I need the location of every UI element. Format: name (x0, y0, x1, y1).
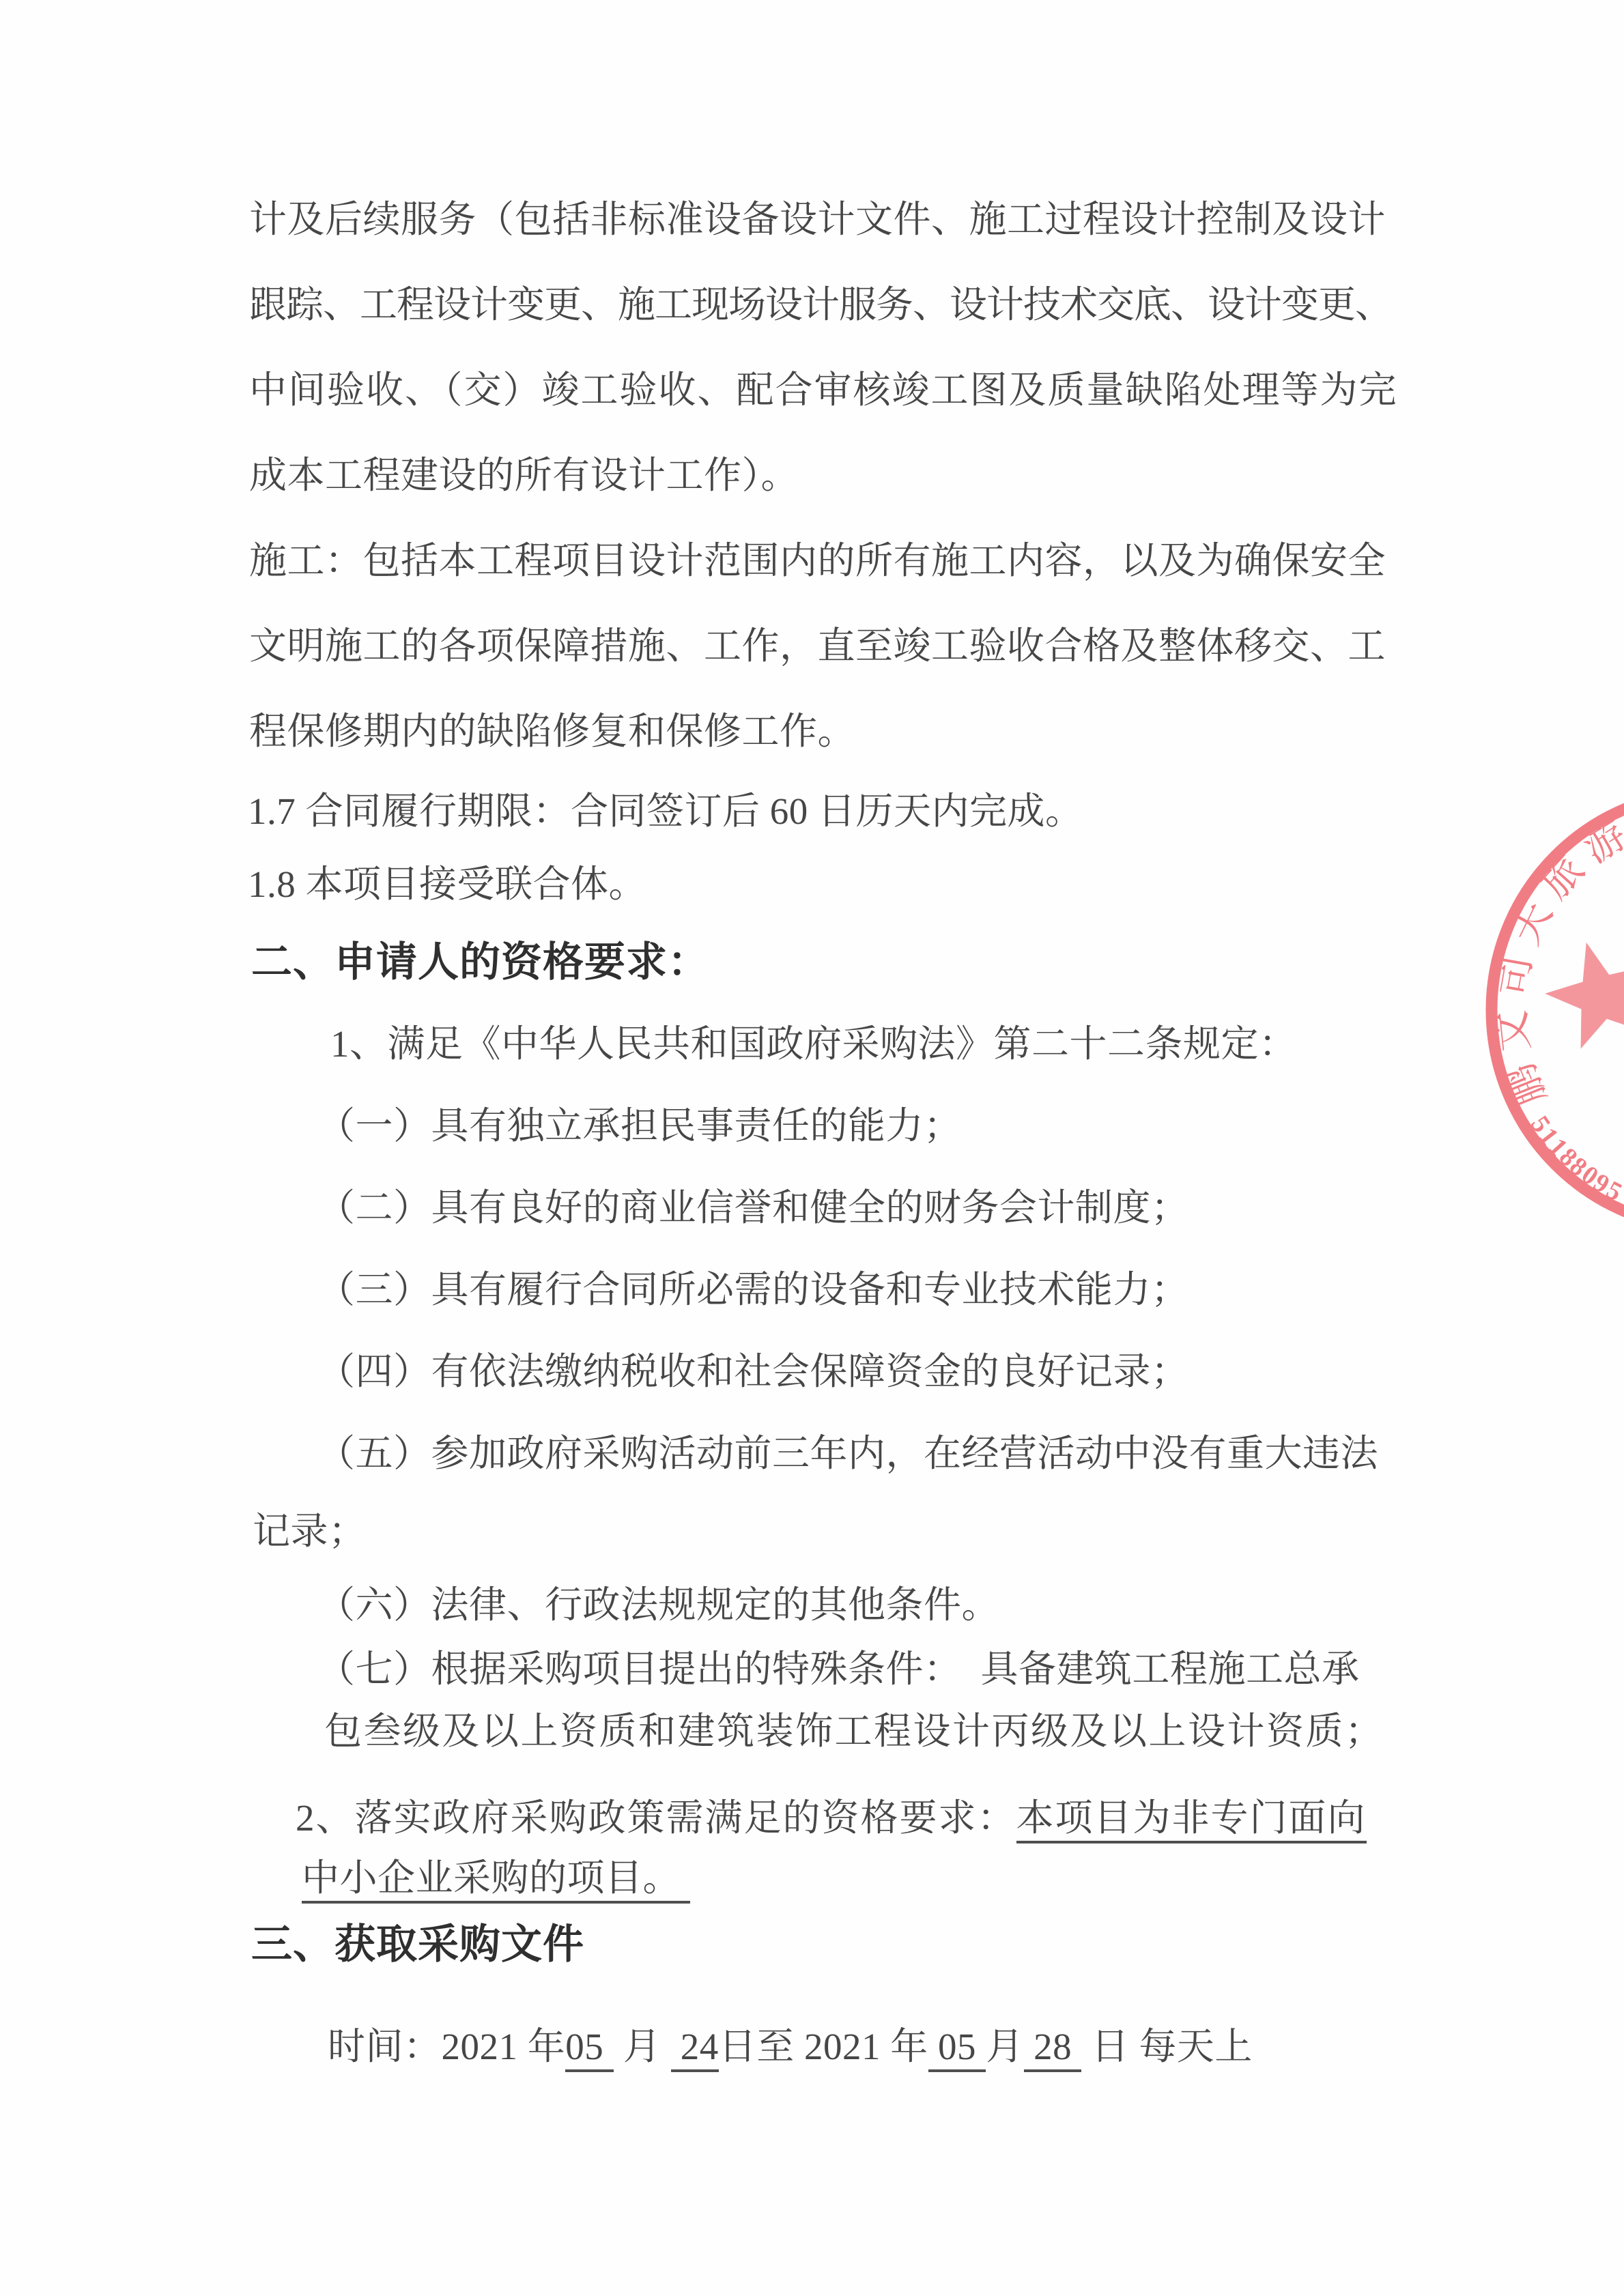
doc-line-item: （一）具有独立承担民事责任的能力； (317, 1103, 962, 1149)
official-seal: 鹏 文 司 天 旅 游 5 1 1 8 8 0 9 5 (1440, 730, 1624, 1276)
doc-line: 成本工程建设的所有设计工作）。 (249, 453, 799, 499)
text-segment: 2、落实政府采购政策需满足的资格要求： (296, 1797, 1016, 1839)
underlined-month: 05 (928, 2026, 986, 2072)
seal-ring-char: 旅 (1532, 846, 1593, 907)
doc-line-continuation: 包叁级及以上资质和建筑装饰工程设计丙级及以上设计资质； (324, 1708, 1384, 1755)
doc-line-continuation: 中小企业采购的项目。 (302, 1855, 690, 1902)
underlined-day: 28 (1024, 2026, 1082, 2072)
doc-line-item: （三）具有履行合同所必需的设备和专业技术能力； (317, 1267, 1189, 1313)
doc-line-item-1: 1、满足《中华人民共和国政府采购法》第二十二条规定： (330, 1021, 1297, 1067)
text-segment: 月 (986, 2026, 1024, 2067)
seal-ring-char: 天 (1502, 895, 1561, 951)
doc-line: 计及后续服务（包括非标准设备设计文件、施工过程设计控制及设计 (249, 197, 1386, 243)
star-icon (1545, 943, 1624, 1049)
doc-line-clause-1-8: 1.8 本项目接受联合体。 (248, 861, 646, 908)
text-segment: 月 (614, 2026, 671, 2067)
text-segment: 时间：2021 年 (328, 2026, 565, 2067)
doc-line: 中间验收、（交）竣工验收、配合审核竣工图及质量缺陷处理等为完 (249, 367, 1398, 414)
seal-ring-char: 鹏 (1497, 1057, 1554, 1112)
doc-line-item-2: 2、落实政府采购政策需满足的资格要求：本项目为非专门面向 (296, 1795, 1367, 1841)
doc-line-item: （四）有依法缴纳税收和社会保障资金的良好记录； (317, 1349, 1189, 1395)
doc-line-item: （六）法律、行政法规规定的其他条件。 (317, 1582, 999, 1628)
section-heading-3: 三、获取采购文件 (251, 1921, 584, 1968)
doc-line: 施工：包括本工程项目设计范围内的所有施工内容，以及为确保安全 (249, 538, 1386, 584)
doc-line-continuation: 记录； (253, 1508, 367, 1555)
doc-line: 文明施工的各项保障措施、工作，直至竣工验收合格及整体移交、工 (249, 623, 1386, 670)
seal-ring-char: 游 (1576, 812, 1624, 872)
underlined-month: 05 (565, 2026, 613, 2072)
seal-ring-char: 文 (1488, 1008, 1537, 1054)
doc-line: 跟踪、工程设计变更、施工现场设计服务、设计技术交底、设计变更、 (249, 282, 1392, 328)
doc-line-item: （七）根据采购项目提出的特殊条件： 具备建筑工程施工总承 (317, 1646, 1360, 1693)
doc-line-item: （五）参加政府采购活动前三年内，在经营活动中没有重大违法 (317, 1431, 1378, 1477)
text-segment: 日 每天上 (1081, 2026, 1253, 2067)
doc-line-clause-1-7: 1.7 合同履行期限：合同签订后 60 日历天内完成。 (248, 788, 1083, 835)
doc-line: 程保修期内的缺陷修复和保修工作。 (249, 708, 855, 755)
section-heading-2: 二、申请人的资格要求： (251, 939, 709, 986)
seal-ring-char: 司 (1488, 952, 1539, 1001)
underlined-text: 中小企业采购的项目。 (302, 1857, 690, 1904)
text-segment: 日至 2021 年 (719, 2026, 928, 2067)
underlined-text: 本项目为非专门面向 (1016, 1797, 1367, 1843)
document-page: 计及后续服务（包括非标准设备设计文件、施工过程设计控制及设计 跟踪、工程设计变更… (0, 0, 1624, 2296)
doc-line-item: （二）具有良好的商业信誉和健全的财务会计制度； (317, 1185, 1189, 1231)
underlined-day: 24 (671, 2026, 719, 2072)
doc-line-date: 时间：2021 年05 月 24日至 2021 年 05 月 28 日 每天上 (328, 2024, 1253, 2070)
